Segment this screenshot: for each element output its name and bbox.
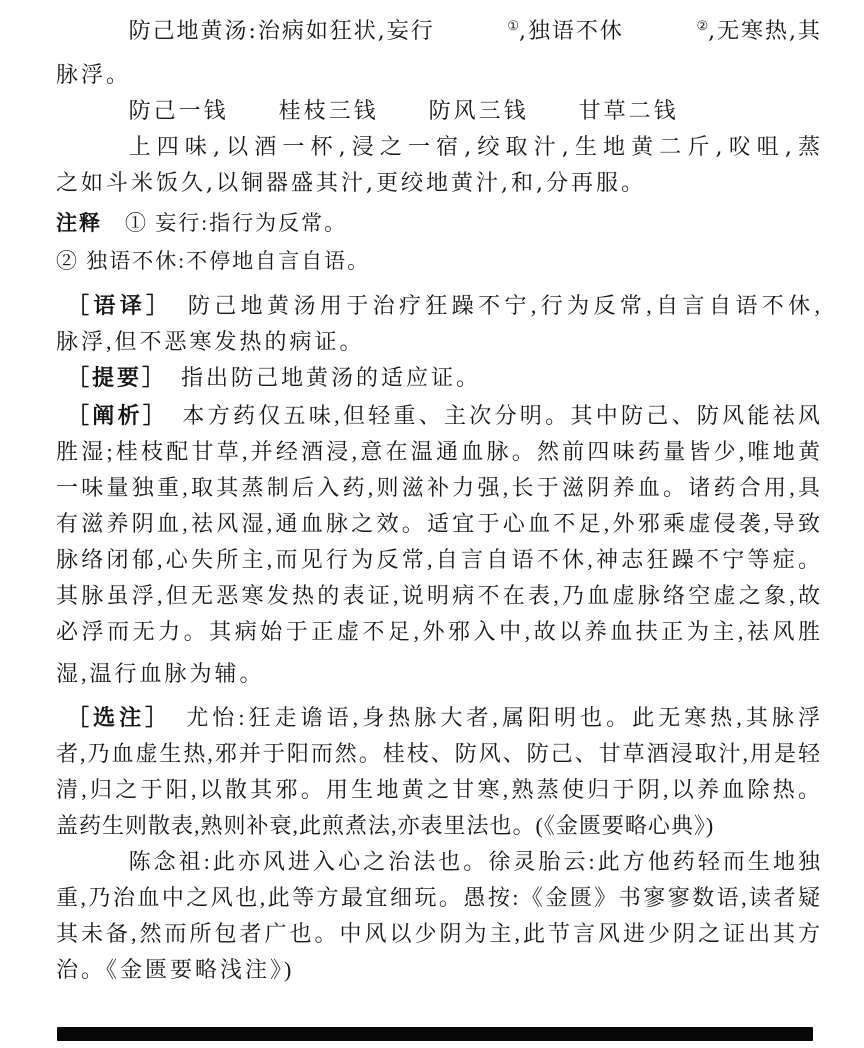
zhushi-line-1: 注释 ① 妄行:指行为反常。 xyxy=(56,205,820,241)
chanxi-line-2: 胜湿;桂枝配甘草,并经酒浸,意在温通血脉。然前四味药量皆少,唯地黄 xyxy=(56,434,820,470)
xuanzhu-line-6: 重,乃治血中之风也,此等方最宜细玩。愚按:《金匮》书寥寥数语,读者疑 xyxy=(56,880,820,916)
run-text: 重,乃治血中之风也,此等方最宜细玩。愚按:《金匮》书寥寥数语,读者疑 xyxy=(56,885,820,910)
yuyi-line-2: 脉浮,但不恶寒发热的病证。 xyxy=(56,324,820,360)
run-text: 盖药生则散表,熟则补衰,此煎煮法,亦表里法也。(《金匮要略心典》) xyxy=(56,813,714,838)
xuanzhu-line-3: 清,归之于阳,以散其邪。用生地黄之甘寒,熟蒸使归于阴,以养血除热。 xyxy=(56,772,820,808)
run-text: 必浮而无力。其病始于正虚不足,外邪入中,故以养血扶正为主,祛风胜 xyxy=(56,619,820,644)
run-text: 脉浮。 xyxy=(56,63,131,88)
xuanzhu-line-4: 盖药生则散表,熟则补衰,此煎煮法,亦表里法也。(《金匮要略心典》) xyxy=(56,808,820,844)
xuanzhu-line-8: 治。《金匮要略浅注》) xyxy=(56,952,820,988)
footnote-marker: ① xyxy=(435,9,519,45)
xuanzhu-line-1: ［选注］ 尤怡:狂走谵语,身热脉大者,属阳明也。此无寒热,其脉浮 xyxy=(56,700,820,736)
book-page: 防己地黄汤:治病如狂状,妄行①,独语不休②,无寒热,其脉浮。防己一钱 桂枝三钱 … xyxy=(0,0,864,1048)
footnote-marker: ② xyxy=(624,9,708,45)
section-label: 注释 xyxy=(56,211,102,235)
page-bottom-scan-bar xyxy=(57,1027,813,1041)
chanxi-line-4: 有滋养阴血,祛风湿,通血脉之效。适宜于心血不足,外邪乘虚侵袭,导致 xyxy=(56,506,820,542)
chanxi-line-6: 其脉虽浮,但无恶寒发热的表证,说明病不在表,乃血虚脉络空虚之象,故 xyxy=(56,578,820,614)
xuanzhu-line-2: 者,乃血虚生热,邪并于阳而然。桂枝、防风、防己、甘草酒浸取汁,用是轻 xyxy=(56,736,820,772)
classic-quote-line-1: 防己地黄汤:治病如狂状,妄行①,独语不休②,无寒热,其 xyxy=(56,9,820,50)
xuanzhu-line-7: 其未备,然而所包者广也。中风以少阴为主,此节言风进少阴之证出其方 xyxy=(56,916,820,952)
run-text: 脉络闭郁,心失所主,而见行为反常,自言自语不休,神志狂躁不宁等症。 xyxy=(56,547,820,572)
chanxi-line-3: 一味量独重,取其蒸制后入药,则滋补力强,长于滋阴养血。诸药合用,具 xyxy=(56,470,820,506)
zhushi-line-2: ② 独语不休:不停地自言自语。 xyxy=(56,243,820,279)
chanxi-line-1: ［阐析］ 本方药仅五味,但轻重、主次分明。其中防己、防风能祛风 xyxy=(56,398,820,434)
classic-quote-line-2: 脉浮。 xyxy=(56,58,820,94)
chanxi-line-7: 必浮而无力。其病始于正虚不足,外邪入中,故以养血扶正为主,祛风胜 xyxy=(56,614,820,650)
run-text: 尤怡:狂走谵语,身热脉大者,属阳明也。此无寒热,其脉浮 xyxy=(160,705,820,730)
chanxi-line-8: 湿,温行血脉为辅。 xyxy=(56,656,820,692)
run-text: ② 独语不休:不停地自言自语。 xyxy=(56,249,370,273)
run-text: 指出防己地黄汤的适应证。 xyxy=(156,365,481,390)
run-text: 脉浮,但不恶寒发热的病证。 xyxy=(56,329,365,354)
preparation-line-2: 之如斗米饭久,以铜器盛其汁,更绞地黄汁,和,分再服。 xyxy=(56,166,820,202)
xuanzhu-line-5: 陈念祖:此亦风进入心之治法也。徐灵胎云:此方他药轻而生地独 xyxy=(56,844,820,880)
text-column: 防己地黄汤:治病如狂状,妄行①,独语不休②,无寒热,其脉浮。防己一钱 桂枝三钱 … xyxy=(56,9,820,988)
run-text: 防己地黄汤:治病如狂状,妄行①,独语不休②,无寒热,其 xyxy=(129,19,820,44)
run-text: 胜湿;桂枝配甘草,并经酒浸,意在温通血脉。然前四味药量皆少,唯地黄 xyxy=(56,439,820,464)
yuyi-line-1: ［语译］ 防己地黄汤用于治疗狂躁不宁,行为反常,自言自语不休, xyxy=(56,288,820,324)
run-text: 其脉虽浮,但无恶寒发热的表证,说明病不在表,乃血虚脉络空虚之象,故 xyxy=(56,583,820,608)
preparation-line-1: 上四味,以酒一杯,浸之一宿,绞取汁,生地黄二斤,㕮咀,蒸 xyxy=(56,130,820,166)
run-text: ① 妄行:指行为反常。 xyxy=(102,211,347,235)
run-text: 清,归之于阳,以散其邪。用生地黄之甘寒,熟蒸使归于阴,以养血除热。 xyxy=(56,777,820,802)
formula-line: 防己一钱 桂枝三钱 防风三钱 甘草二钱 xyxy=(56,94,820,130)
run-text: 其未备,然而所包者广也。中风以少阴为主,此节言风进少阴之证出其方 xyxy=(56,921,820,946)
run-text: 治。《金匮要略浅注》) xyxy=(56,957,294,982)
section-label: ［阐析］ xyxy=(67,403,157,428)
run-text: 有滋养阴血,祛风湿,通血脉之效。适宜于心血不足,外邪乘虚侵袭,导致 xyxy=(56,511,820,536)
section-label: ［提要］ xyxy=(67,365,156,390)
run-text: 之如斗米饭久,以铜器盛其汁,更绞地黄汁,和,分再服。 xyxy=(56,171,646,196)
run-text: 湿,温行血脉为辅。 xyxy=(56,661,265,686)
run-text: 陈念祖:此亦风进入心之治法也。徐灵胎云:此方他药轻而生地独 xyxy=(129,849,820,874)
run-text: 一味量独重,取其蒸制后入药,则滋补力强,长于滋阴养血。诸药合用,具 xyxy=(56,475,820,500)
run-text: 防己一钱 桂枝三钱 防风三钱 甘草二钱 xyxy=(129,99,679,124)
run-text: 本方药仅五味,但轻重、主次分明。其中防己、防风能祛风 xyxy=(157,403,820,428)
tiyao-line: ［提要］ 指出防己地黄汤的适应证。 xyxy=(56,360,820,396)
run-text: 者,乃血虚生热,邪并于阳而然。桂枝、防风、防己、甘草酒浸取汁,用是轻 xyxy=(56,741,820,766)
run-text: 上四味,以酒一杯,浸之一宿,绞取汁,生地黄二斤,㕮咀,蒸 xyxy=(129,135,820,160)
chanxi-line-5: 脉络闭郁,心失所主,而见行为反常,自言自语不休,神志狂躁不宁等症。 xyxy=(56,542,820,578)
section-label: ［选注］ xyxy=(67,705,160,730)
run-text: 防己地黄汤用于治疗狂躁不宁,行为反常,自言自语不休, xyxy=(162,293,820,318)
section-label: ［语译］ xyxy=(67,293,162,318)
